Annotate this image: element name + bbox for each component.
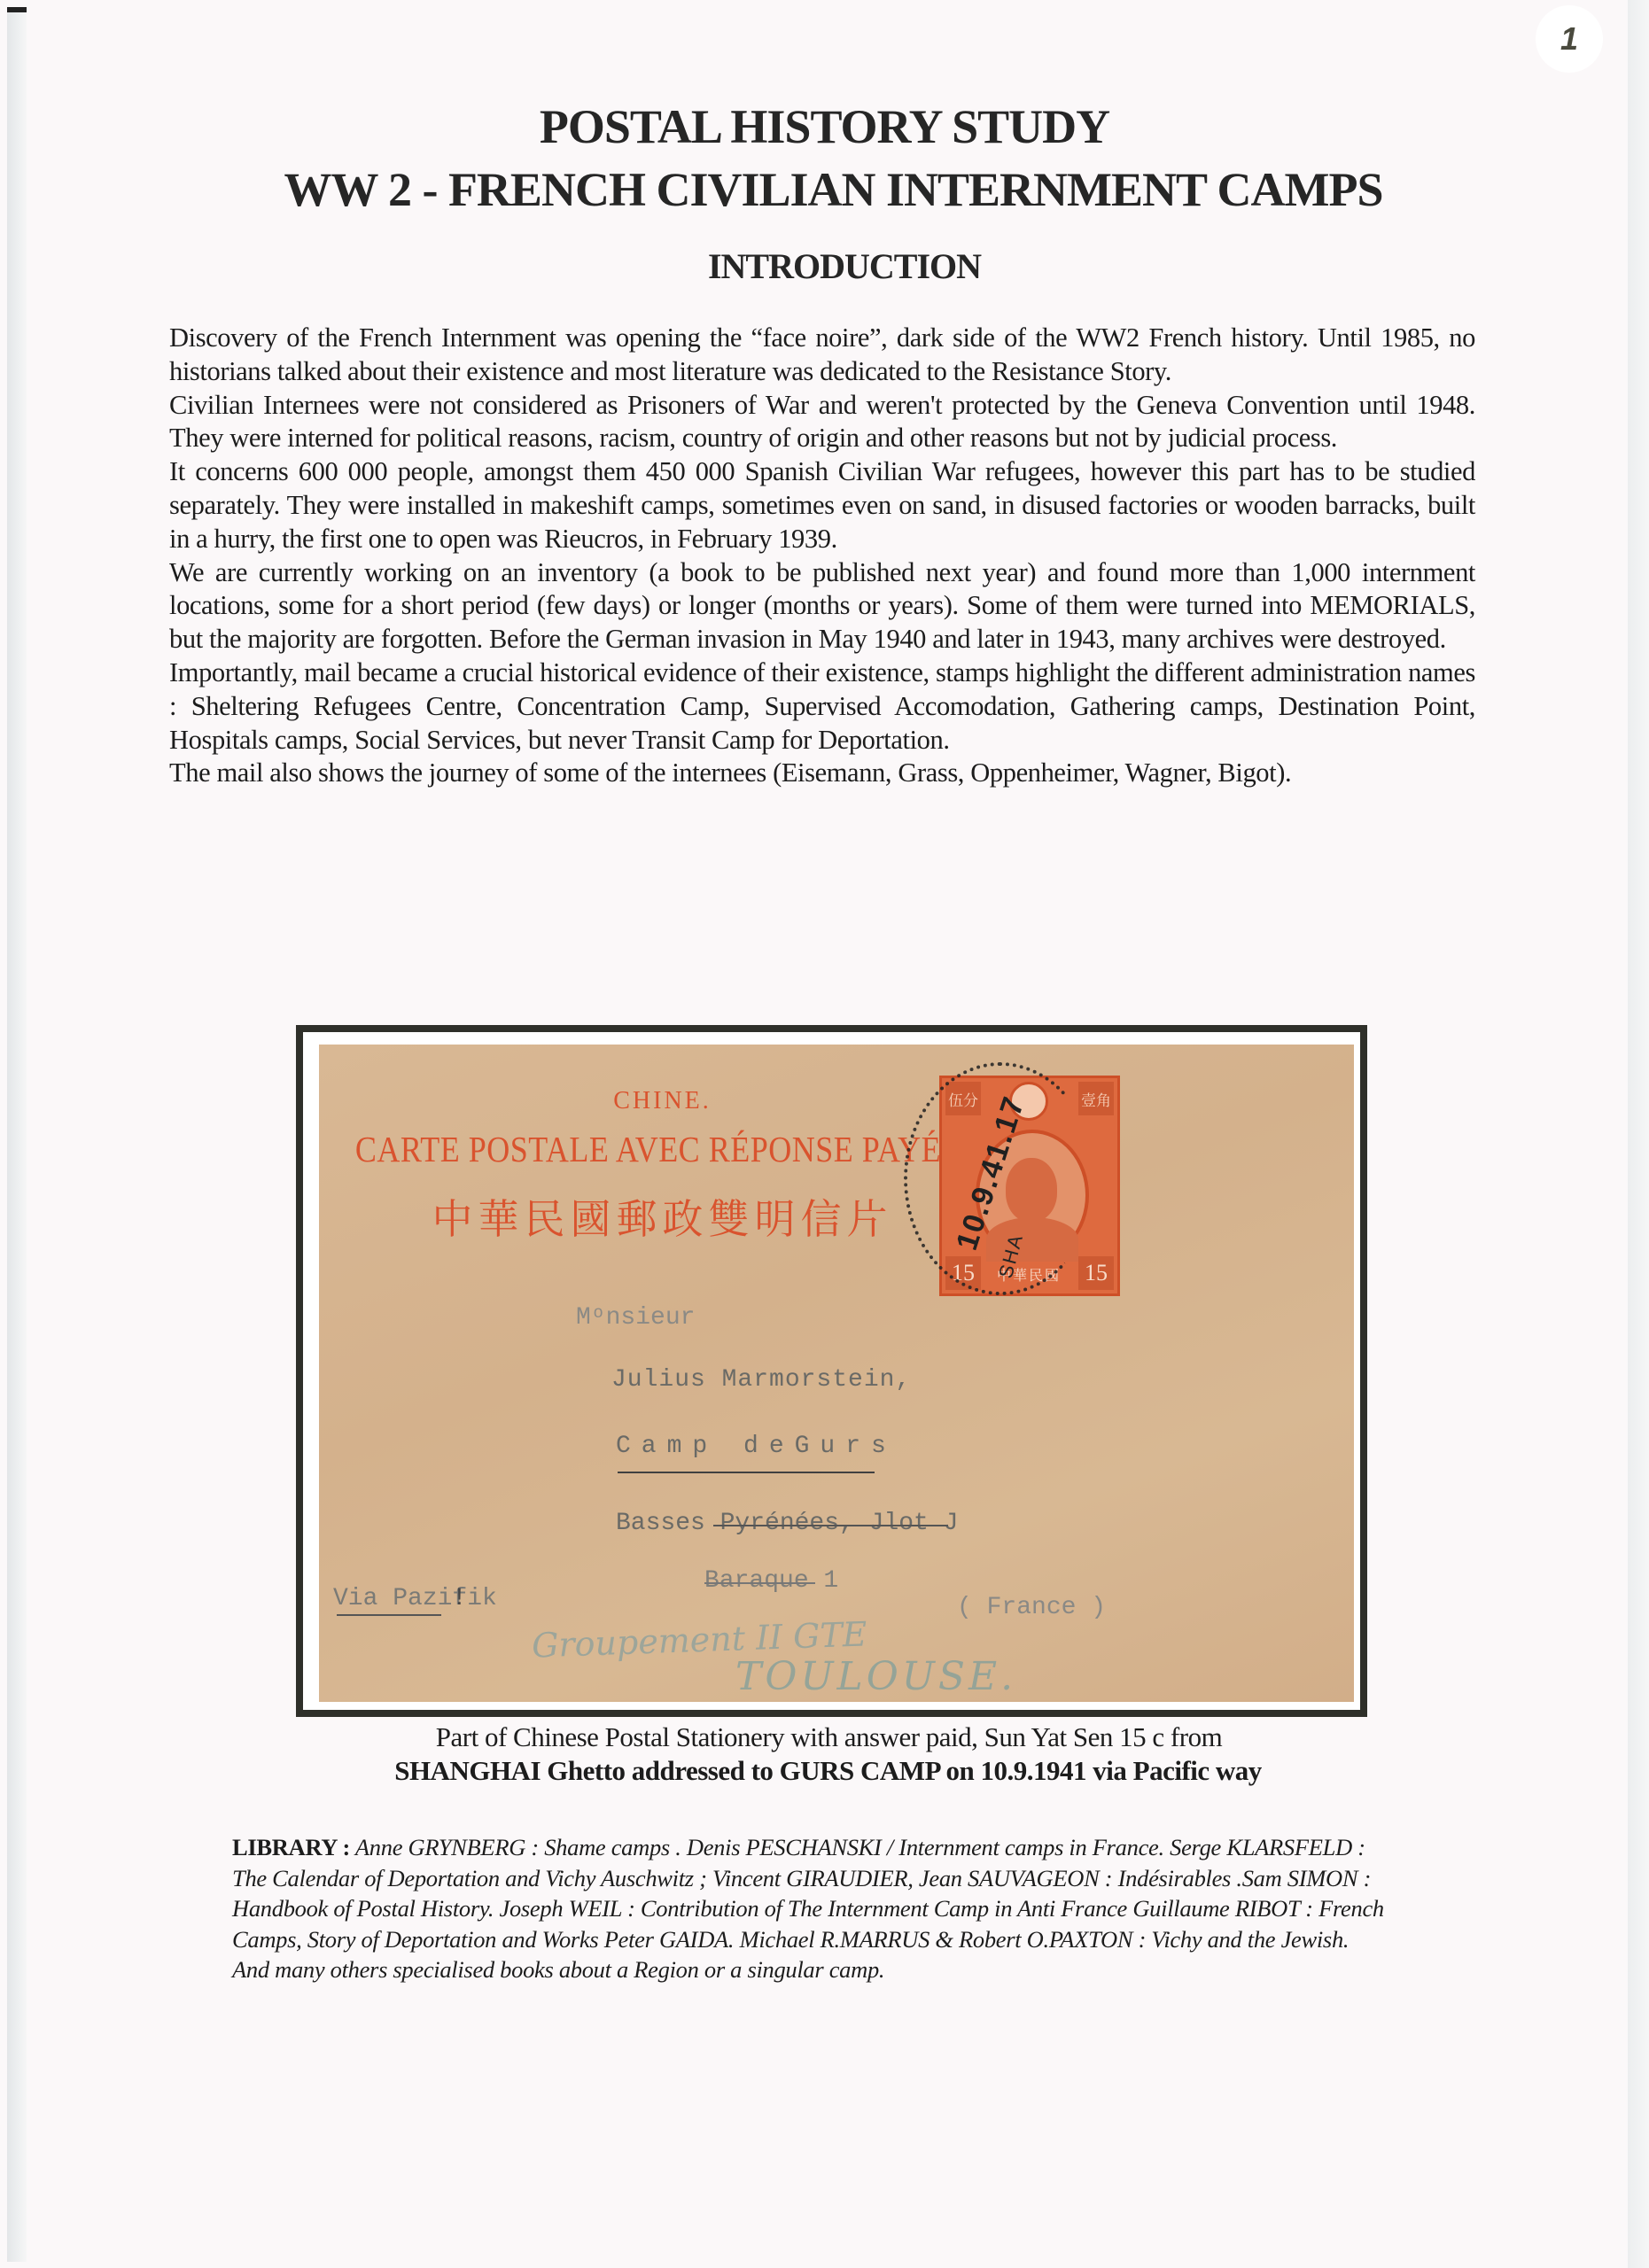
stamp-corner-right: 壹角 [1078,1082,1114,1115]
postcard-image: CHINE. CARTE POSTALE AVEC RÉPONSE PAYÉE.… [319,1045,1354,1702]
library-references: LIBRARY : Anne GRYNBERG : Shame camps . … [232,1832,1384,1985]
postcard-country: CHINE. [319,1087,1006,1115]
postcard-type: CARTE POSTALE AVEC RÉPONSE PAYÉE. [319,1128,1006,1170]
page-title: POSTAL HISTORY STUDY [0,99,1649,154]
library-text: Anne GRYNBERG : Shame camps . Denis PESC… [232,1834,1384,1983]
library-label: LIBRARY : [232,1834,350,1860]
postcard-caption-line1: Part of Chinese Postal Stationery with a… [0,1720,1649,1754]
binder-edge [7,7,27,2262]
routing-instruction: Via Pazifik [333,1585,497,1612]
page-subtitle: WW 2 - FRENCH CIVILIAN INTERNMENT CAMPS [0,162,1649,217]
introduction-text: Discovery of the French Internment was o… [169,322,1475,790]
page-number: 1 [1536,5,1603,73]
binder-tab [7,7,27,12]
postcard-chinese-title: 中華民國郵政雙明信片 [319,1187,1006,1246]
postcard-caption-line2: SHANGHAI Ghetto addressed to GURS CAMP o… [0,1754,1649,1788]
section-title: INTRODUCTION [0,245,1649,287]
intro-paragraph: Discovery of the French Internment was o… [169,322,1475,389]
stamp-value-right: 15 [1078,1256,1114,1290]
handwritten-city: TOULOUSE. [735,1654,1016,1699]
intro-paragraph: We are currently working on an inventory… [169,556,1475,656]
intro-paragraph: It concerns 600 000 people, amongst them… [169,455,1475,555]
intro-paragraph: Importantly, mail became a crucial histo… [169,656,1475,757]
camp-underline [618,1472,875,1473]
routing-mark: ! [452,1585,467,1612]
routing-underline [337,1614,441,1616]
intro-paragraph: The mail also shows the journey of some … [169,757,1475,790]
intro-paragraph: Civilian Internees were not considered a… [169,389,1475,456]
address-barrack: Baraque 1 [704,1567,838,1595]
page-edge [1628,0,1649,2268]
address-region: Basses Pyrénées, Jlot J [616,1510,958,1537]
address-camp: Camp deGurs [616,1433,897,1460]
barrack-strikethrough [704,1582,815,1584]
region-strikethrough [713,1525,948,1526]
address-country: ( France ) [957,1594,1106,1621]
address-salutation: Mᵒnsieur [576,1304,695,1332]
postcard-frame: CHINE. CARTE POSTALE AVEC RÉPONSE PAYÉE.… [296,1025,1367,1717]
address-name: Julius Marmorstein, [611,1366,911,1394]
